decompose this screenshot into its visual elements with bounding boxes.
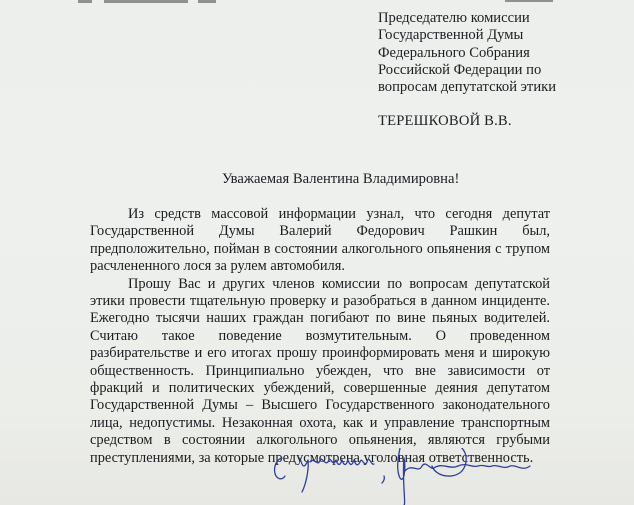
letter-page: Председателю комиссии Государственной Ду… (0, 0, 634, 505)
addressee-block: Председателю комиссии Государственной Ду… (378, 10, 556, 131)
addressee-line: Государственной Думы (378, 27, 556, 44)
signature-icon (272, 448, 572, 505)
addressee-line: Федерального Собрания (378, 45, 556, 62)
top-edge-mark (78, 0, 92, 3)
top-edge-mark (104, 0, 188, 3)
addressee-name: ТЕРЕШКОВОЙ В.В. (378, 113, 556, 130)
top-edge-mark (198, 0, 216, 3)
paragraph-1: Из средств массовой информации узнал, чт… (90, 206, 550, 276)
top-edge-mark (505, 0, 553, 2)
salutation: Уважаемая Валентина Владимировна! (222, 171, 459, 188)
paragraph-2-text: Прошу Вас и других членов комиссии по во… (90, 276, 550, 466)
paragraph-2: Прошу Вас и других членов комиссии по во… (90, 276, 550, 467)
addressee-line: вопросам депутатской этики (378, 79, 556, 96)
addressee-line: Российской Федерации по (378, 62, 556, 79)
signature-area (272, 448, 572, 505)
addressee-line: Председателю комиссии (378, 10, 556, 27)
letter-body: Из средств массовой информации узнал, чт… (90, 206, 550, 467)
